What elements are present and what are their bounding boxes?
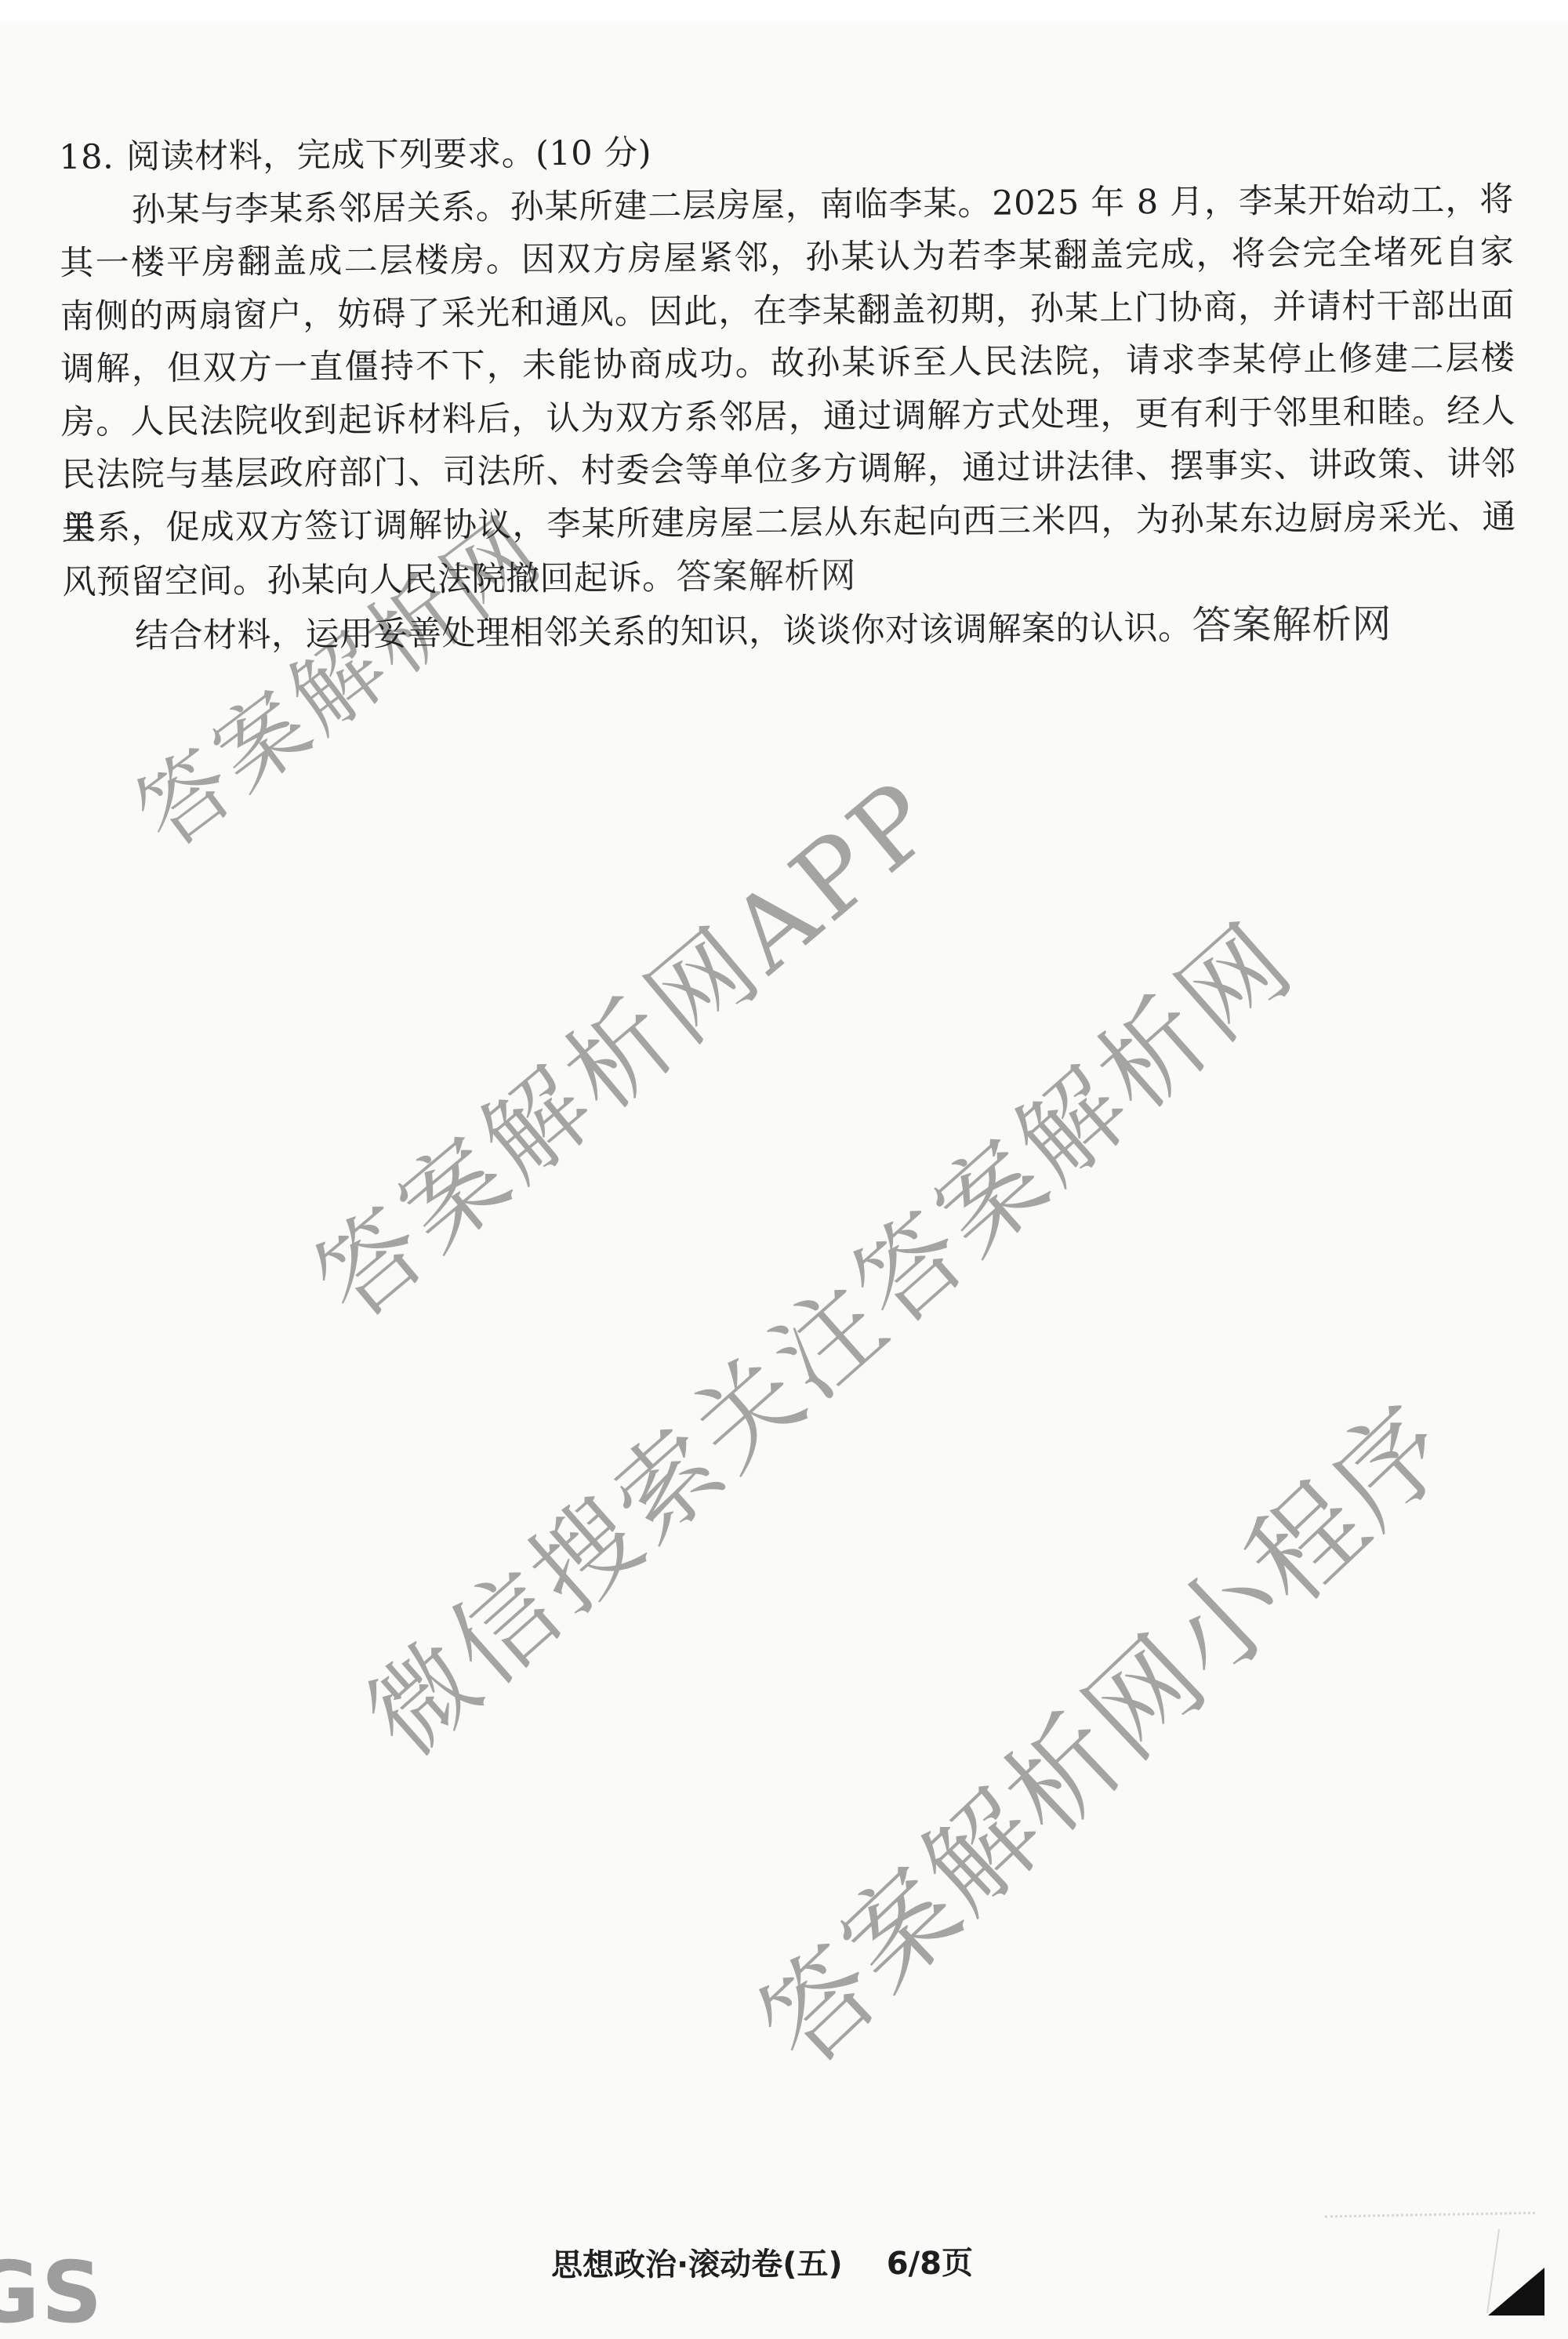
line-text: 南侧的两扇窗户，妨碍了采光和通风。因此，在李某翻盖初期，孙某上门协商，并请村干部… <box>60 285 1515 336</box>
line-text: 调解，但双方一直僵持不下，未能协商成功。故孙某诉至人民法院，请求李某停止修建二层… <box>60 338 1515 389</box>
watermark-answer-site-app: 答案解析网APP <box>279 739 964 1347</box>
question-text-block: 18.阅读材料，完成下列要求。(10 分) 孙某与李某系邻居关系。孙某所建二层房… <box>59 120 1517 661</box>
watermark-wechat-search: 微信搜索关注答案解析网 <box>330 883 1320 1783</box>
scan-artifact-dotted-line <box>1325 2212 1535 2218</box>
line-text: 孙某与李某系邻居关系。孙某所建二层房屋，南临李某。2025 年 8 月，李某开始… <box>132 180 1514 230</box>
watermark-mini-program: 答案解析网小程序 <box>720 1363 1479 2094</box>
corner-letters: GS <box>0 2244 103 2339</box>
exam-paper-page: 答案解析网 答案解析网APP 微信搜索关注答案解析网 答案解析网小程序 18.阅… <box>0 0 1568 2339</box>
line-text: 关系，促成双方签订调解协议，李某所建房屋二层从东起向西三米四，为孙某东边厨房采光… <box>62 497 1516 548</box>
inline-brand-text: 答案解析网 <box>676 554 856 597</box>
question-score: (10 分) <box>535 133 652 173</box>
question-task-line: 结合材料，运用妥善处理相邻关系的知识，谈谈你对该调解案的认识。答案解析网 <box>63 597 1517 661</box>
inline-brand-text: 答案解析网 <box>1192 601 1392 648</box>
footer-subject-title: 思想政治·滚动卷(五) <box>551 2246 843 2283</box>
line-text: 风预留空间。孙某向人民法院撤回起诉。 <box>62 558 676 602</box>
page-footer: 思想政治·滚动卷(五)6/8页 <box>551 2239 973 2286</box>
line-text: 结合材料，运用妥善处理相邻关系的知识，谈谈你对该调解案的认识。 <box>135 608 1192 656</box>
line-text: 其一楼平房翻盖成二层楼房。因双方房屋紧邻，孙某认为若李某翻盖完成，将会完全堵死自… <box>60 232 1514 283</box>
footer-page-number: 6/8页 <box>887 2246 974 2283</box>
line-text: 房。人民法院收到起诉材料后，认为双方系邻居，通过调解方式处理，更有利于邻里和睦。… <box>61 391 1515 442</box>
corner-triangle <box>1488 2268 1544 2315</box>
question-prompt: 阅读材料，完成下列要求。 <box>126 134 535 176</box>
top-edge-strip <box>0 0 1568 20</box>
question-number: 18. <box>59 137 114 177</box>
